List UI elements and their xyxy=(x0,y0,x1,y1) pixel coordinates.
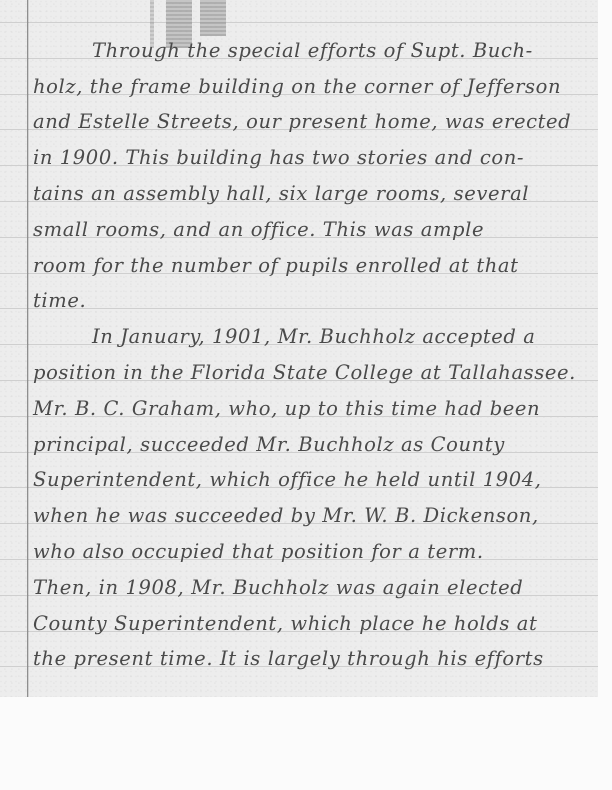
text-line: Then, in 1908, Mr. Buchholz was again el… xyxy=(33,578,523,598)
text-line: In January, 1901, Mr. Buchholz accepted … xyxy=(92,327,536,347)
text-line: and Estelle Streets, our present home, w… xyxy=(33,112,571,132)
scanned-page: Through the special efforts of Supt. Buc… xyxy=(0,0,598,697)
text-line: position in the Florida State College at… xyxy=(33,363,576,383)
text-line: small rooms, and an office. This was amp… xyxy=(33,220,484,240)
ruled-line xyxy=(0,22,598,23)
text-line: County Superintendent, which place he ho… xyxy=(33,614,537,634)
text-line: Mr. B. C. Graham, who, up to this time h… xyxy=(33,399,540,419)
text-line: principal, succeeded Mr. Buchholz as Cou… xyxy=(33,435,505,455)
text-line: room for the number of pupils enrolled a… xyxy=(33,256,519,276)
text-line: in 1900. This building has two stories a… xyxy=(33,148,524,168)
text-line: who also occupied that position for a te… xyxy=(33,542,484,562)
text-line: Superintendent, which office he held unt… xyxy=(33,470,542,490)
blank-scan-area xyxy=(0,697,612,790)
text-line: Through the special efforts of Supt. Buc… xyxy=(92,41,533,61)
text-line: tains an assembly hall, six large rooms,… xyxy=(33,184,529,204)
text-line: the present time. It is largely through … xyxy=(33,649,544,669)
ruled-line xyxy=(0,308,598,309)
text-line: when he was succeeded by Mr. W. B. Dicke… xyxy=(33,506,539,526)
margin-line xyxy=(27,0,28,697)
text-line: time. xyxy=(33,291,86,311)
scan-smudge xyxy=(200,0,226,36)
text-line: holz, the frame building on the corner o… xyxy=(33,77,561,97)
